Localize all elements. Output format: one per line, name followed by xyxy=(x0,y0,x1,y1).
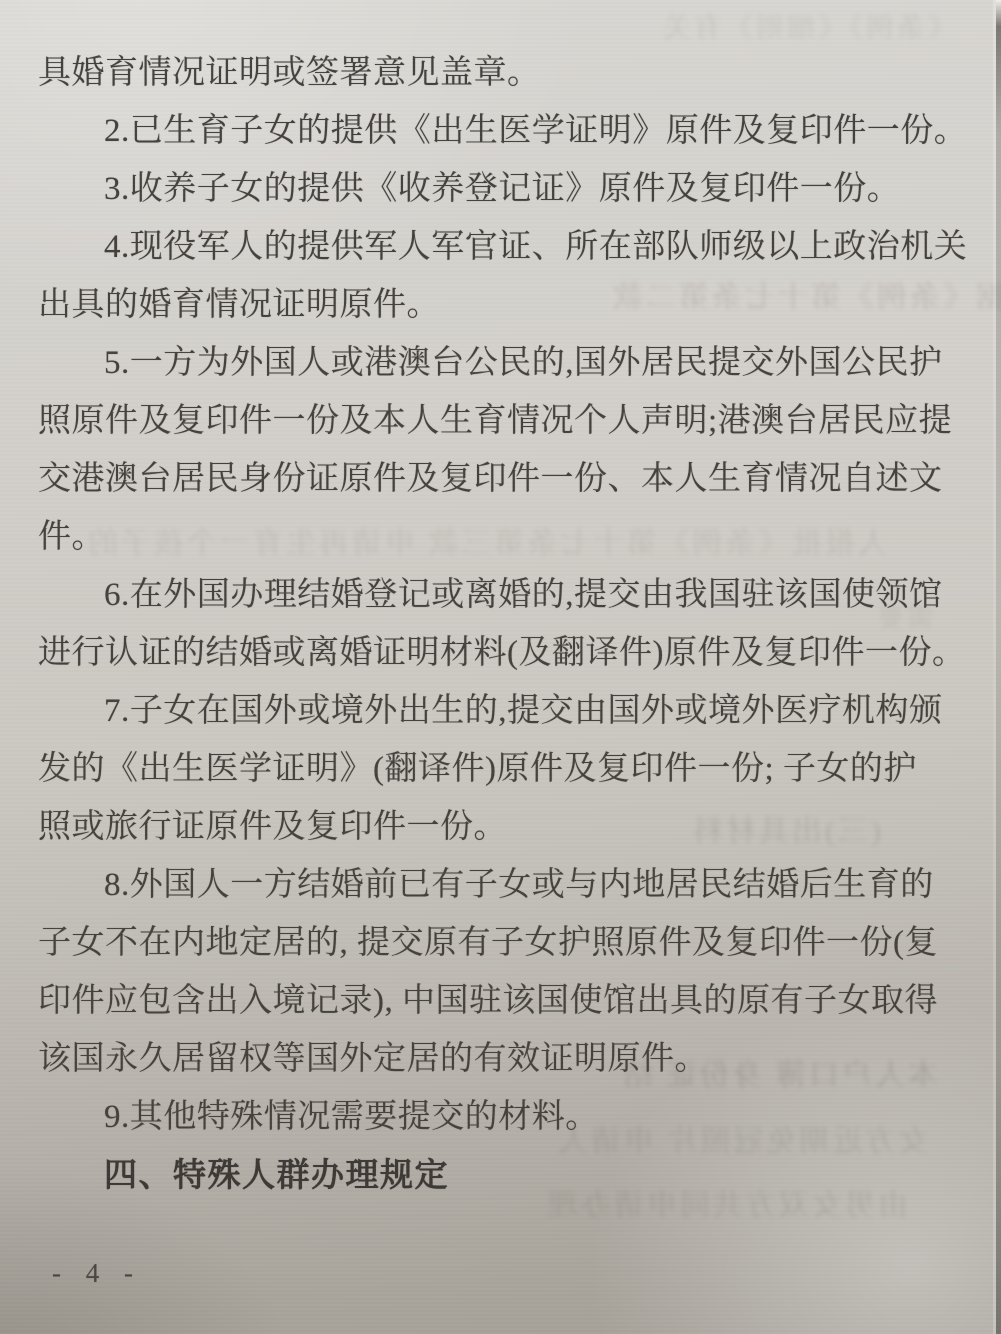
section-heading: 四、特殊人群办理规定 xyxy=(38,1146,968,1204)
document-line-item-9: 9.其他特殊情况需要提交的材料。 xyxy=(38,1088,968,1146)
document-line-item-4: 4.现役军人的提供军人军官证、所在部队师级以上政治机关 xyxy=(38,218,968,276)
document-body: 具婚育情况证明或签署意见盖章。 2.已生育子女的提供《出生医学证明》原件及复印件… xyxy=(38,44,968,1204)
document-line: 发的《出生医学证明》(翻译件)原件及复印件一份; 子女的护 xyxy=(38,740,968,798)
document-line: 出具的婚育情况证明原件。 xyxy=(38,276,968,334)
document-line: 子女不在内地定居的, 提交原有子女护照原件及复印件一份(复 xyxy=(38,914,968,972)
document-line-item-5: 5.一方为外国人或港澳台公民的,国外居民提交外国公民护 xyxy=(38,334,968,392)
document-line: 进行认证的结婚或离婚证明材料(及翻译件)原件及复印件一份。 xyxy=(38,624,968,682)
document-line: 具婚育情况证明或签署意见盖章。 xyxy=(38,44,968,102)
document-line: 该国永久居留权等国外定居的有效证明原件。 xyxy=(38,1030,968,1088)
document-page: 具婚育情况证明或签署意见盖章。 2.已生育子女的提供《出生医学证明》原件及复印件… xyxy=(0,0,1001,1334)
page-edge xyxy=(996,0,1001,1334)
document-line-item-8: 8.外国人一方结婚前已有子女或与内地居民结婚后生育的 xyxy=(38,856,968,914)
document-line-item-6: 6.在外国办理结婚登记或离婚的,提交由我国驻该国使领馆 xyxy=(38,566,968,624)
document-line: 件。 xyxy=(38,508,968,566)
document-line-item-3: 3.收养子女的提供《收养登记证》原件及复印件一份。 xyxy=(38,160,968,218)
document-line: 印件应包含出入境记录), 中国驻该国使馆出具的原有子女取得 xyxy=(38,972,968,1030)
document-line: 交港澳台居民身份证原件及复印件一份、本人生育情况自述文 xyxy=(38,450,968,508)
bleed-text: 《条例》《细则》有关 xyxy=(660,6,956,46)
document-line: 照原件及复印件一份及本人生育情况个人声明;港澳台居民应提 xyxy=(38,392,968,450)
page-number: - 4 - xyxy=(52,1258,142,1289)
document-line-item-7: 7.子女在国外或境外出生的,提交由国外或境外医疗机构颁 xyxy=(38,682,968,740)
document-line: 照或旅行证原件及复印件一份。 xyxy=(38,798,968,856)
document-line-item-2: 2.已生育子女的提供《出生医学证明》原件及复印件一份。 xyxy=(38,102,968,160)
